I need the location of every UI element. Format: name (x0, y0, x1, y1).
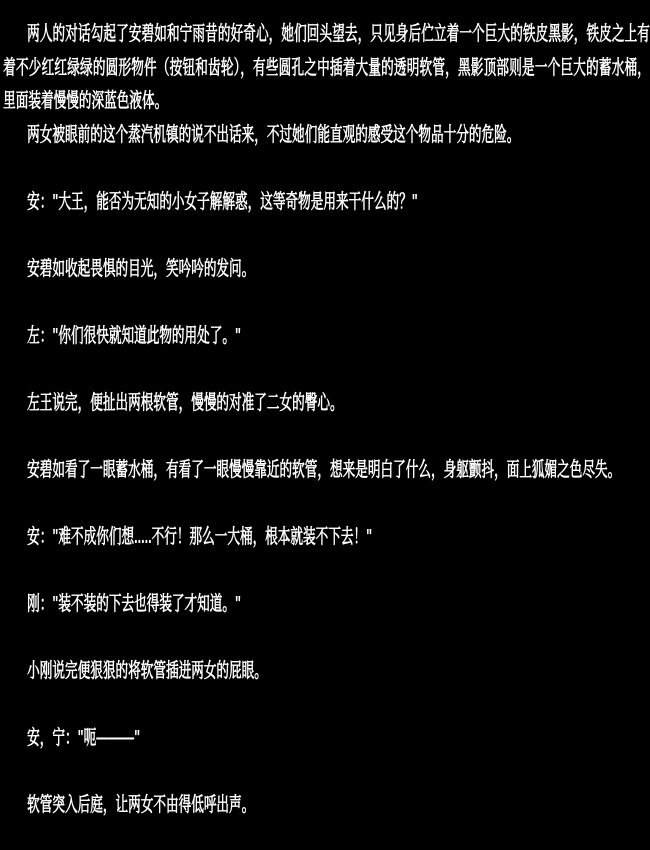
paragraph-narration: 安碧如看了一眼蓄水桶，有看了一眼慢慢靠近的软管，想来是明白了什么，身躯颤抖，面上… (3, 454, 650, 488)
paragraph-narration: 软管突入后庭，让两女不由得低呼出声。 (3, 789, 650, 823)
paragraph-dialogue-an-ning: 安，宁："呃———" (3, 722, 650, 756)
paragraph-dialogue-an: 安："难不成你们想.....不行！那么一大桶，根本就装不下去！" (3, 521, 650, 555)
novel-text-block: 两人的对话勾起了安碧如和宁雨昔的好奇心，她们回头望去，只见身后伫立着一个巨大的铁… (0, 0, 650, 822)
reader-page: 两人的对话勾起了安碧如和宁雨昔的好奇心，她们回头望去，只见身后伫立着一个巨大的铁… (0, 0, 650, 850)
paragraph-narration: 安碧如收起畏惧的目光，笑吟吟的发问。 (3, 253, 650, 287)
paragraph-dialogue-an: 安："大王，能否为无知的小女子解解惑，这等奇物是用来干什么的？" (3, 186, 650, 220)
paragraph-dialogue-gang: 刚："装不装的下去也得装了才知道。" (3, 588, 650, 622)
paragraph-narration: 小刚说完便狠狠的将软管插进两女的屁眼。 (3, 655, 650, 689)
paragraph-dialogue-zuo: 左："你们很快就知道此物的用处了。" (3, 320, 650, 354)
paragraph-narration: 两女被眼前的这个蒸汽机镇的说不出话来，不过她们能直观的感受这个物品十分的危险。 (3, 119, 650, 153)
paragraph-narration: 左王说完，便扯出两根软管，慢慢的对准了二女的臀心。 (3, 387, 650, 421)
paragraph-narration: 两人的对话勾起了安碧如和宁雨昔的好奇心，她们回头望去，只见身后伫立着一个巨大的铁… (3, 18, 650, 119)
